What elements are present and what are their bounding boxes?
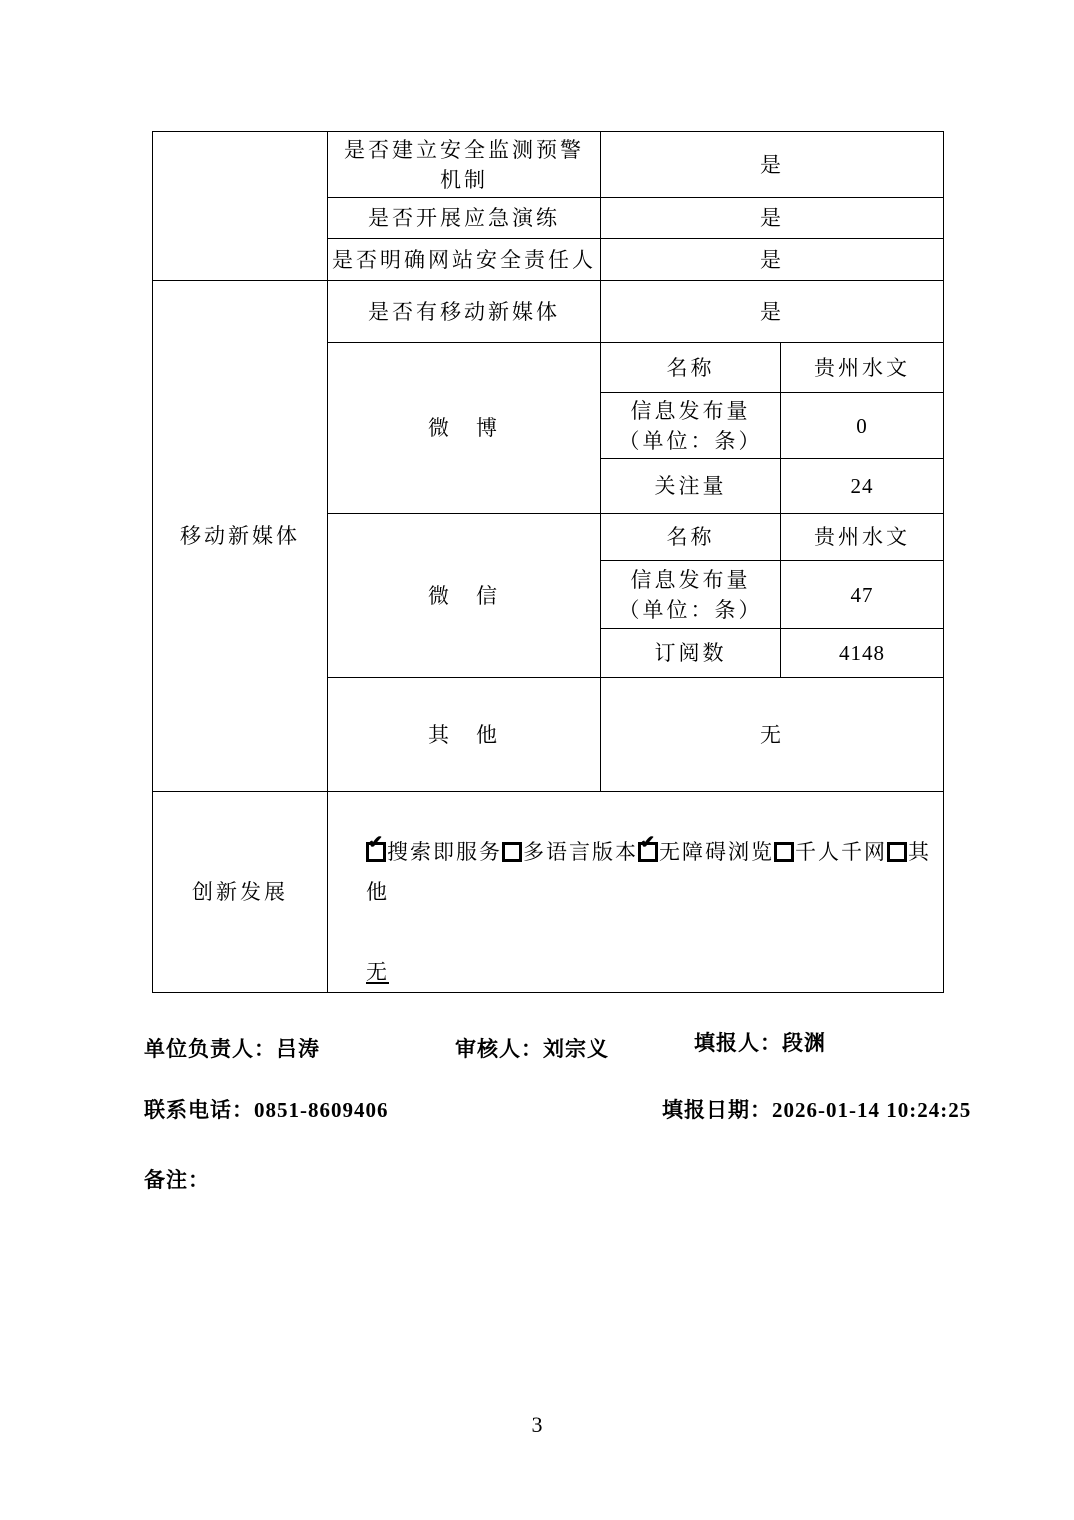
page-number: 3 — [0, 1412, 1074, 1438]
filler-line: 填报人：段渊 — [694, 1027, 826, 1057]
mobile-media-group-label: 移动新媒体 — [153, 281, 328, 792]
phone-value: 0851-8609406 — [254, 1098, 389, 1122]
answer-cell: 是 — [601, 198, 944, 239]
innovation-group-label: 创新发展 — [153, 792, 328, 993]
reviewer-line: 审核人：刘宗义 — [455, 1033, 609, 1063]
wechat-name-label: 名称 — [601, 514, 781, 561]
question-cell: 是否建立安全监测预警 机制 — [328, 132, 601, 198]
question-cell: 是否明确网站安全责任人 — [328, 239, 601, 281]
checkbox-label-search-service: 搜索即服务 — [387, 840, 502, 864]
security-group-label-cell — [153, 132, 328, 281]
checkbox-label-multilingual: 多语言版本 — [523, 840, 638, 864]
reviewer-value: 刘宗义 — [543, 1037, 609, 1061]
weibo-followers-value: 24 — [781, 459, 944, 514]
innovation-other-text: 无 — [366, 952, 389, 992]
wechat-posts-label: 信息发布量 （单位：条） — [601, 561, 781, 629]
unit-head-value: 吕涛 — [276, 1037, 320, 1061]
fill-date-line: 填报日期：2026-01-14 10:24:25 — [662, 1094, 971, 1124]
checkbox-search-service[interactable] — [366, 842, 386, 862]
question-cell: 是否有移动新媒体 — [328, 281, 601, 343]
fill-date-value: 2026-01-14 10:24:25 — [772, 1098, 971, 1122]
answer-cell: 是 — [601, 281, 944, 343]
table-row: 创新发展 搜索即服务多语言版本无障碍浏览千人千网其他 无 — [153, 792, 944, 993]
checkbox-label-personalized: 千人千网 — [795, 840, 887, 864]
wechat-label-cell: 微 信 — [328, 514, 601, 678]
checkbox-accessibility[interactable] — [638, 842, 658, 862]
checkbox-other[interactable] — [887, 842, 907, 862]
filler-value: 段渊 — [782, 1031, 826, 1055]
unit-head-line: 单位负责人：吕涛 — [144, 1033, 320, 1063]
table-row: 是否建立安全监测预警 机制 是 — [153, 132, 944, 198]
weibo-posts-label: 信息发布量 （单位：条） — [601, 393, 781, 459]
innovation-options-cell: 搜索即服务多语言版本无障碍浏览千人千网其他 无 — [328, 792, 944, 993]
innovation-checkbox-line: 搜索即服务多语言版本无障碍浏览千人千网其他 — [366, 832, 935, 912]
remarks-label: 备注： — [144, 1168, 210, 1192]
wechat-subscribers-value: 4148 — [781, 629, 944, 678]
weibo-name-value: 贵州水文 — [781, 343, 944, 393]
other-platform-value: 无 — [601, 678, 944, 792]
weibo-followers-label: 关注量 — [601, 459, 781, 514]
reviewer-label: 审核人： — [455, 1037, 543, 1061]
other-platform-label: 其 他 — [328, 678, 601, 792]
fill-date-label: 填报日期： — [662, 1098, 772, 1122]
answer-cell: 是 — [601, 239, 944, 281]
table-row: 移动新媒体 是否有移动新媒体 是 — [153, 281, 944, 343]
wechat-posts-value: 47 — [781, 561, 944, 629]
weibo-posts-value: 0 — [781, 393, 944, 459]
remarks-line: 备注： — [144, 1164, 210, 1194]
wechat-subscribers-label: 订阅数 — [601, 629, 781, 678]
unit-head-label: 单位负责人： — [144, 1037, 276, 1061]
checkbox-multilingual[interactable] — [502, 842, 522, 862]
phone-line: 联系电话：0851-8609406 — [144, 1094, 389, 1124]
checkbox-label-accessibility: 无障碍浏览 — [659, 840, 774, 864]
question-cell: 是否开展应急演练 — [328, 198, 601, 239]
weibo-label-cell: 微 博 — [328, 343, 601, 514]
wechat-name-value: 贵州水文 — [781, 514, 944, 561]
filler-label: 填报人： — [694, 1031, 782, 1055]
checkbox-personalized[interactable] — [774, 842, 794, 862]
phone-label: 联系电话： — [144, 1098, 254, 1122]
answer-cell: 是 — [601, 132, 944, 198]
weibo-name-label: 名称 — [601, 343, 781, 393]
report-table: 是否建立安全监测预警 机制 是 是否开展应急演练 是 是否明确网站安全责任人 是… — [152, 131, 944, 993]
